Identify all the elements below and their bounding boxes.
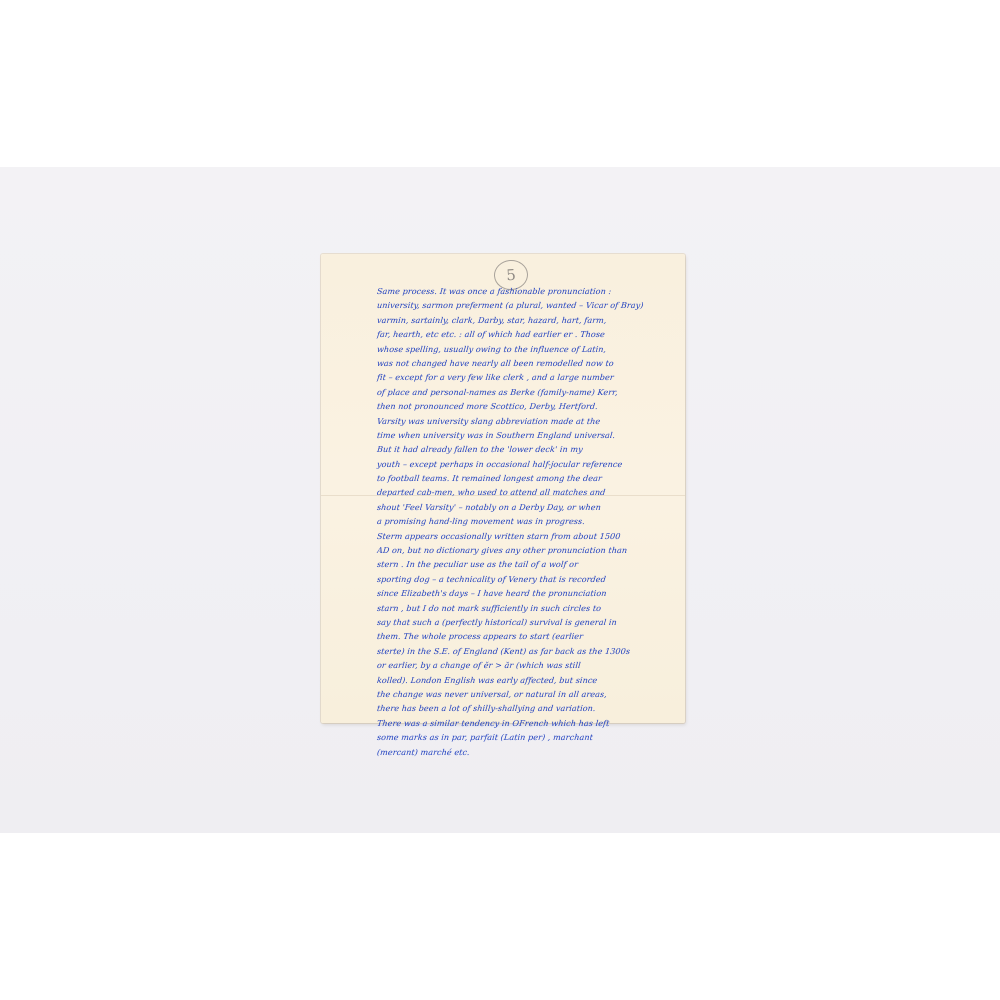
text-line: university, sarmon preferment (a plural,… (376, 298, 678, 312)
text-line: varmin, sartainly, clark, Darby, star, h… (376, 313, 678, 327)
page-number: 5 (506, 266, 517, 285)
text-line: Same process. It was once a fashionable … (376, 284, 678, 298)
text-line: Varsity was university slang abbreviatio… (376, 414, 678, 428)
text-line: say that such a (perfectly historical) s… (376, 615, 678, 629)
text-line: There was a similar tendency in OFrench … (376, 716, 678, 730)
manuscript-page: 5 Same process. It was once a fashionabl… (321, 254, 685, 723)
text-line: since Elizabeth's days – I have heard th… (376, 586, 678, 600)
text-line: fit – except for a very few like clerk ,… (376, 370, 678, 384)
text-line: of place and personal-names as Berke (fa… (376, 385, 678, 399)
text-line: starn , but I do not mark sufficiently i… (376, 601, 678, 615)
text-line: was not changed have nearly all been rem… (376, 356, 678, 370)
text-line: shout 'Feel Varsity' – notably on a Derb… (376, 500, 678, 514)
text-line: time when university was in Southern Eng… (376, 428, 678, 442)
handwritten-text-block: Same process. It was once a fashionable … (377, 284, 677, 759)
text-line: sporting dog – a technicality of Venery … (376, 572, 678, 586)
text-line: sterte) in the S.E. of England (Kent) as… (376, 644, 678, 658)
text-line: But it had already fallen to the 'lower … (376, 442, 678, 456)
text-line: or earlier, by a change of ĕr > ăr (whic… (376, 658, 678, 672)
text-line: stern . In the peculiar use as the tail … (376, 557, 678, 571)
text-line: kolled). London English was early affect… (376, 673, 678, 687)
text-line: the change was never universal, or natur… (376, 687, 678, 701)
text-line: then not pronounced more Scottico, Derby… (376, 399, 678, 413)
text-line: to football teams. It remained longest a… (376, 471, 678, 485)
text-line: AD on, but no dictionary gives any other… (376, 543, 678, 557)
text-line: some marks as in par, parfait (Latin per… (376, 730, 678, 744)
text-line: (mercant) marché etc. (376, 745, 678, 759)
text-line: youth – except perhaps in occasional hal… (376, 457, 678, 471)
text-line: far, hearth, etc etc. : all of which had… (376, 327, 678, 341)
text-line: them. The whole process appears to start… (376, 629, 678, 643)
photo-canvas: 5 Same process. It was once a fashionabl… (0, 0, 1000, 1000)
text-line: a promising hand-ling movement was in pr… (376, 514, 678, 528)
text-line: there has been a lot of shilly-shallying… (376, 701, 678, 715)
text-line: Sterm appears occasionally written starn… (376, 529, 678, 543)
text-line: departed cab-men, who used to attend all… (376, 485, 678, 499)
text-line: whose spelling, usually owing to the inf… (376, 342, 678, 356)
